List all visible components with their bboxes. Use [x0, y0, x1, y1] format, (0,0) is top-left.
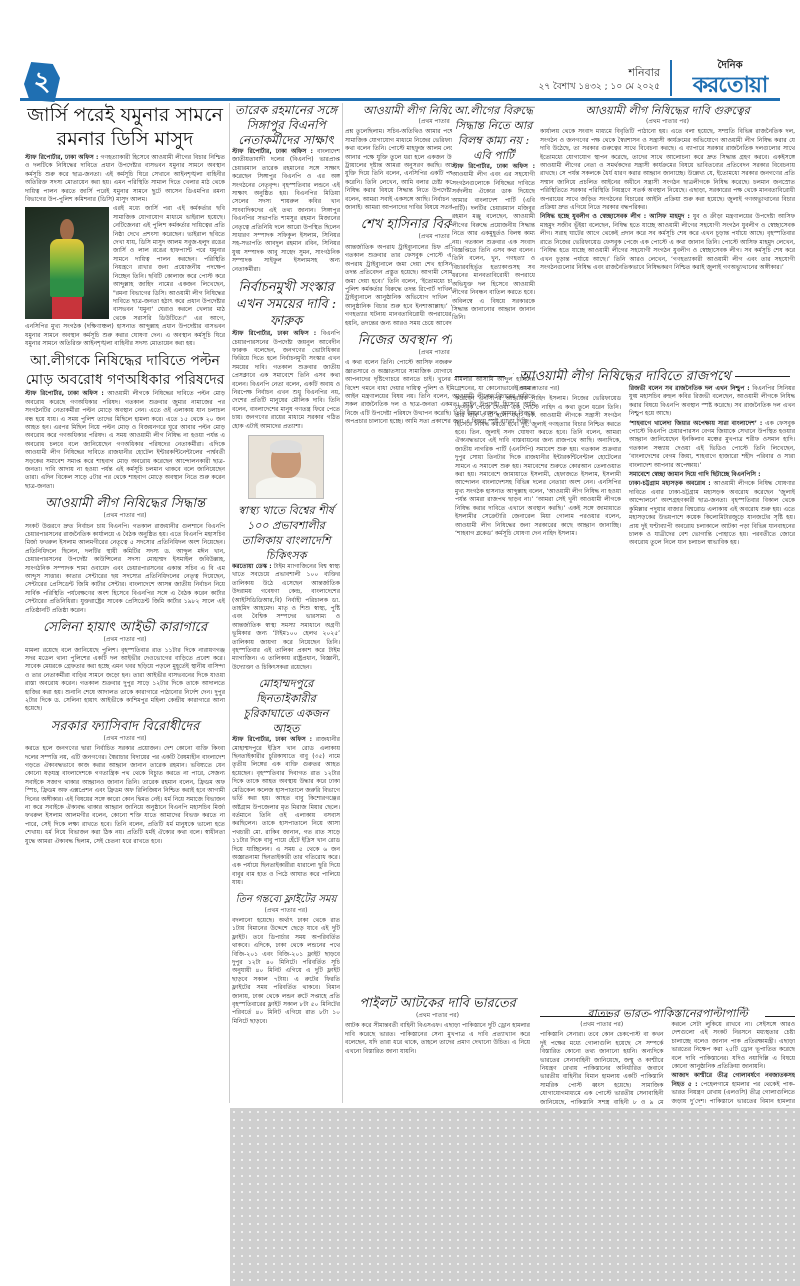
article-lead: গণহত্যাকারী হিসেবে আওয়ামী লীগের বিচার ন… — [25, 154, 225, 203]
headline-election: নির্বাচনমুখী সংস্কার এখন সময়ের দাবি : ফ… — [232, 279, 340, 330]
continued-label: (প্রথম পাতার পর) — [232, 907, 340, 915]
headline-jersey: জার্সি পরেই যমুনার সামনে রমনার ডিসি মাসু… — [25, 103, 225, 151]
subheading: নিষিদ্ধ হচ্ছে যুবলীগ ও স্বেচ্ছাসেবক লীগ … — [540, 213, 690, 220]
article-body: টাইম ম্যাগাজিনের বিশ্ব স্বাস্থ্য খাতে সব… — [232, 563, 340, 671]
continued-label: (প্রথম পাতার পর) — [25, 636, 225, 644]
article-body: কার্যালয় থেকে সংবাদ মাধ্যমে বিবৃতিটি পা… — [540, 128, 795, 212]
article-rajpath: আওয়ামী লীগ নিষিদ্ধের দাবিতে রাজপথে (প্র… — [455, 368, 795, 548]
continued-label: (প্রথম পাতার পর) — [540, 118, 795, 126]
article-fascism: সরকার ফ্যাসিবাদ বিরোধীদের (প্রথম পাতার প… — [25, 715, 225, 846]
column-second: তারেক রহমানের সঙ্গে সিঙ্গাপুর বিএনপি নেত… — [232, 103, 340, 1108]
article-body: আওয়ামী লীগকে নিষিদ্ধের দাবিতে পল্টন মোড… — [25, 390, 225, 489]
article-body: বদলানো হয়েছে। অর্থাৎ ঢাকা থেকে রাত ১টায… — [232, 917, 340, 1026]
article-flight: তিন গন্তব্যে ফ্লাইটের সময় (প্রথম পাতার … — [232, 889, 340, 1027]
article-jersey: জার্সি পরেই যমুনার সামনে রমনার ডিসি মাসু… — [25, 103, 225, 348]
logo-divider — [670, 60, 672, 96]
article-body: আটক করে সীমান্তবর্তী বাহিনী বিএসএফ। এছাড… — [345, 1022, 530, 1056]
article-pilot: পাইলট আটকের দাবি ভারতের (প্রথম পাতার পর)… — [345, 995, 530, 1056]
logo-title: করতোয়া — [680, 75, 780, 97]
newspaper-logo: দৈনিক করতোয়া — [680, 58, 780, 97]
column-divider — [229, 103, 230, 1103]
subheading: ঢাকা-চট্টগ্রাম মহাসড়ক অবরোধ : — [629, 480, 711, 487]
byline: স্টাফ রিপোর্টার, ঢাকা অফিস : — [232, 330, 316, 337]
subheading: সমাবেশে স্বেচ্ছা জামান দিয়ে গাদি ছিটাচ্… — [629, 471, 761, 478]
headline-paltan: আ.লীগকে নিষিদ্ধের দাবিতে পল্টন মোড় অবরো… — [25, 352, 225, 390]
article-indopak: রাতভর ভারত-পাকিস্তানেরপাল্টাপাল্টি (প্রথ… — [540, 1006, 795, 1106]
column-left: জার্সি পরেই যমুনার সামনে রমনার ডিসি মাসু… — [25, 103, 225, 1283]
headline-indopak: রাতভর ভারত-পাকিস্তানেরপাল্টাপাল্টি — [540, 1006, 795, 1021]
weekday: শনিবার — [538, 66, 660, 80]
subheading: রিজভী বলেন সব রাজনৈতিক দল এখন নিশ্চুপ : — [629, 385, 750, 392]
article-body: মামলা রয়েছে বলে জানিয়েছে পুলিশ। বৃহস্প… — [25, 647, 225, 714]
advertisement-placeholder — [230, 1108, 800, 1286]
article-doctor: স্বাস্থ্য খাতে বিশ্বের শীর্ষ ১০০ প্রভাবশ… — [232, 503, 340, 672]
article-body: রাজধানীর মোহাম্মদপুরে ইদ্রিস খান রোড এলা… — [232, 736, 340, 886]
column-pilot: পাইলট আটকের দাবি ভারতের (প্রথম পাতার পর)… — [345, 995, 530, 1105]
masthead-rule — [20, 98, 780, 101]
newspaper-page: ২ শনিবার ২৭ বৈশাখ ১৪৩২ ; ১০ মে ২০২৫ দৈনি… — [0, 0, 800, 1286]
article-body: করতে হলে জনগণের দ্বারা নির্বাচিত সরকার প… — [25, 745, 225, 846]
continued-label: (প্রথম পাতার পর) — [540, 1021, 664, 1029]
publication-date: ২৭ বৈশাখ ১৪৩২ ; ১০ মে ২০২৫ — [538, 80, 660, 94]
subheading-body: যুব ও ক্রীড়া মন্ত্রণালয়ের উপদেষ্টা আসি… — [540, 213, 795, 270]
headline-mohammadpur: মোহাম্মদপুরে ছিনতাইকারীর চুরিকাঘাতে একজন… — [232, 676, 340, 736]
byline: করতোয়া ডেস্ক : — [232, 563, 272, 570]
headline-appeal: আ.লীগের বিরুদ্ধে সিদ্ধান্ত নিতে আর বিলম্… — [452, 103, 535, 163]
article-decision: আওয়ামী লীগ নিষিদ্ধের সিদ্ধান্ত (প্রথম প… — [25, 492, 225, 615]
headline-demand: আওয়ামী লীগ নিষিদ্ধের দাবি গুরুত্বের — [540, 103, 795, 118]
article-mohammadpur: মোহাম্মদপুরে ছিনতাইকারীর চুরিকাঘাতে একজন… — [232, 673, 340, 887]
rajpath-columns: (প্রথম পাতার পর) করেছেন এনসিপির আহ্বায়ক… — [455, 385, 795, 548]
column-right-top: আওয়ামী লীগ নিষিদ্ধের দাবি গুরুত্বের (প্… — [540, 103, 795, 368]
subheading-body: আওয়ামী লীগকে নিষিদ্ধ ঘোষণার দাবিতে এবার… — [629, 480, 795, 546]
article-selina: সেলিনা হায়াৎ আইভী কারাগারে (প্রথম পাতার… — [25, 616, 225, 714]
column-divider — [342, 103, 343, 1103]
article-body: সংকট উত্তরণে দ্রুত নির্বাচন চায় বিএনপি।… — [25, 523, 225, 615]
continued-label: (প্রথম পাতার পর) — [25, 512, 225, 520]
article-body: করেছেন এনসিপির আহ্বায়ক নাহিদ ইসলাম। নিজ… — [455, 395, 621, 538]
headline-decision: আওয়ামী লীগ নিষিদ্ধের সিদ্ধান্ত — [25, 495, 225, 512]
article-body: আওয়ামী লীগ এবং এর সহযোগী সংগঠনগুলোকে নি… — [452, 171, 535, 321]
byline: স্টাফ রিপোর্টার, ঢাকা অফিস : — [232, 148, 313, 155]
headline-tarique: তারেক রহমানের সঙ্গে সিঙ্গাপুর বিএনপি নেত… — [232, 103, 340, 148]
date-block: শনিবার ২৭ বৈশাখ ১৪৩২ ; ১০ মে ২০২৫ — [538, 66, 660, 94]
article-demand: আওয়ামী লীগ নিষিদ্ধের দাবি গুরুত্বের (প্… — [540, 103, 795, 272]
masthead: ২ শনিবার ২৭ বৈশাখ ১৪৩২ ; ১০ মে ২০২৫ দৈনি… — [20, 58, 780, 98]
byline: স্টাফ রিপোর্টার, ঢাকা অফিস : — [25, 154, 98, 161]
byline: স্টাফ রিপোর্টার, ঢাকা অফিস : — [232, 736, 312, 743]
headline-flight: তিন গন্তব্যে ফ্লাইটের সময় — [232, 892, 340, 907]
column-indopak: রাতভর ভারত-পাকিস্তানেরপাল্টাপাল্টি (প্রথ… — [540, 1006, 795, 1106]
byline: স্টাফ রিপোর্টার, ঢাকা অফিস : — [452, 163, 535, 170]
article-paltan: আ.লীগকে নিষিদ্ধের দাবিতে পল্টন মোড় অবরো… — [25, 349, 225, 491]
headline-rajpath: আওয়ামী লীগ নিষিদ্ধের দাবিতে রাজপথে — [455, 368, 795, 385]
article-election: নির্বাচনমুখী সংস্কার এখন সময়ের দাবি : ফ… — [232, 275, 340, 431]
headline-fascism: সরকার ফ্যাসিবাদ বিরোধীদের — [25, 718, 225, 735]
column-abparty: আ.লীগের বিরুদ্ধে সিদ্ধান্ত নিতে আর বিলম্… — [452, 103, 535, 373]
indopak-columns: (প্রথম পাতার পর) পাকিস্তানি সেনারা। তবে … — [540, 1021, 795, 1106]
photo-dc-masud-in-jersey — [25, 207, 109, 319]
page-number-badge: ২ — [24, 62, 60, 102]
byline: স্টাফ রিপোর্টার, ঢাকা অফিস : — [25, 390, 104, 397]
continued-label: (প্রথম পাতার পর) — [25, 735, 225, 743]
article-body: বাংলাদেশ জাতীয়তাবাদী দলের (বিএনপি) ভারপ… — [232, 148, 340, 273]
subheading: ‘শাহবাগে খালেদা জিয়ার অপেক্ষায় সারা বা… — [629, 420, 762, 427]
article-appeal: আ.লীগের বিরুদ্ধে সিদ্ধান্ত নিতে আর বিলম্… — [452, 103, 535, 323]
continued-label: (প্রথম পাতার পর) — [345, 1012, 530, 1020]
column-rajpath: আওয়ামী লীগ নিষিদ্ধের দাবিতে রাজপথে (প্র… — [455, 368, 795, 998]
continued-label: (প্রথম পাতার পর) — [455, 385, 621, 393]
photo-dr-tahmid-ahmed — [248, 435, 324, 499]
article-tarique: তারেক রহমানের সঙ্গে সিঙ্গাপুর বিএনপি নেত… — [232, 103, 340, 274]
article-body: বিএনপি চেয়ারপারসনের উপদেষ্টা জয়নুল আবে… — [232, 330, 340, 429]
headline-doctor: স্বাস্থ্য খাতে বিশ্বের শীর্ষ ১০০ প্রভাবশ… — [232, 503, 340, 563]
headline-selina: সেলিনা হায়াৎ আইভী কারাগারে — [25, 619, 225, 636]
